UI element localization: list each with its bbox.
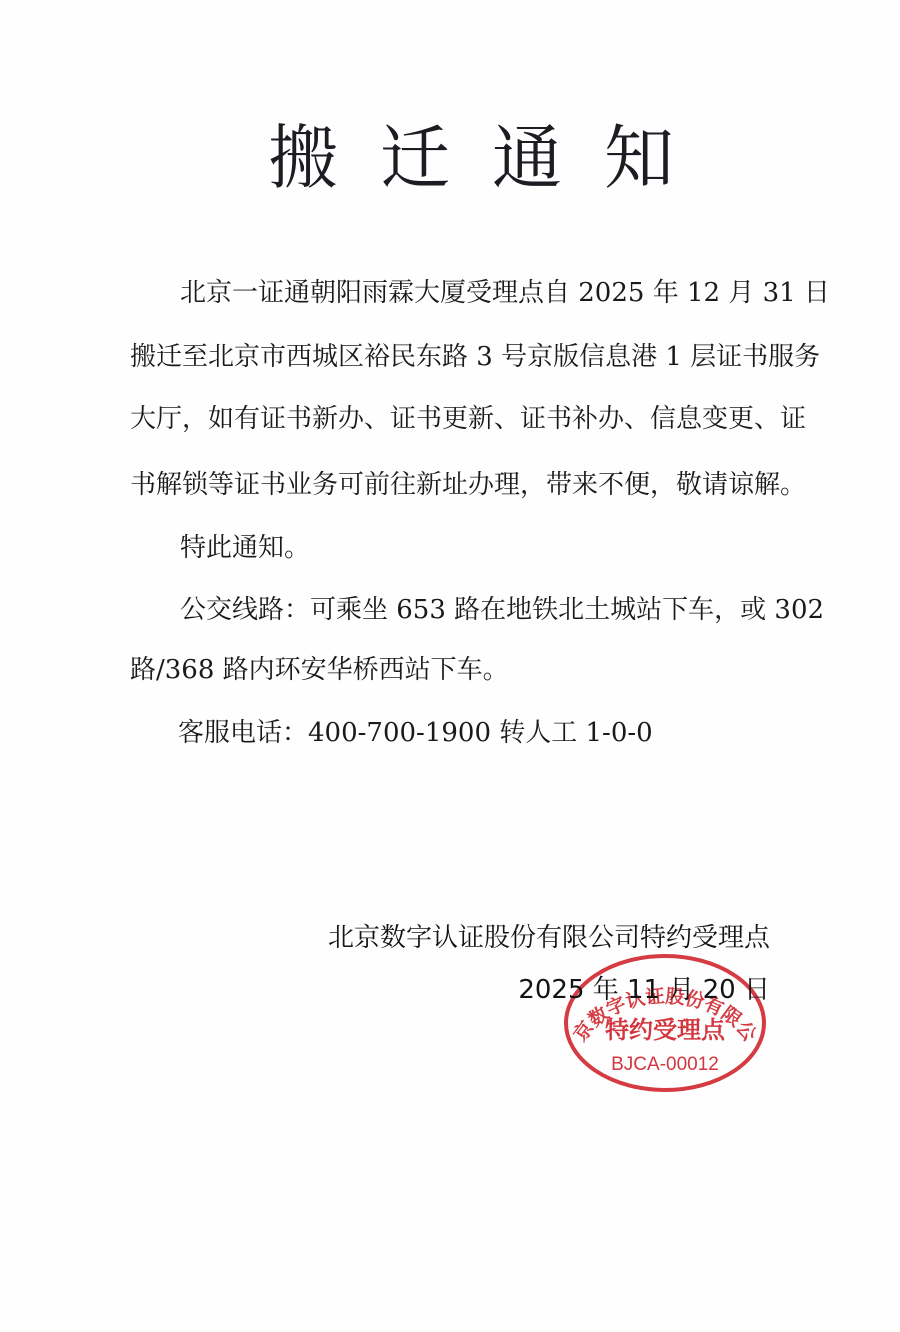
- body-line: 大厅，如有证书新办、证书更新、证书补办、信息变更、证: [130, 401, 806, 437]
- notice-title: 搬迁通知: [0, 118, 900, 198]
- bus-route-line: 公交线路：可乘坐 653 路在地铁北土城站下车，或 302: [180, 592, 824, 628]
- customer-service-phone: 客服电话：400-700-1900 转人工 1-0-0: [178, 715, 653, 751]
- signature-date: 2025 年 11 月 20 日: [518, 972, 770, 1008]
- body-line: 书解锁等证书业务可前往新址办理，带来不便，敬请谅解。: [130, 467, 806, 503]
- bus-route-line: 路/368 路内环安华桥西站下车。: [130, 652, 509, 688]
- document-page: 搬迁通知 北京一证通朝阳雨霖大厦受理点自 2025 年 12 月 31 日 搬迁…: [0, 0, 900, 1332]
- svg-text:BJCA-00012: BJCA-00012: [611, 1054, 719, 1075]
- body-line: 搬迁至北京市西城区裕民东路 3 号京版信息港 1 层证书服务: [130, 339, 820, 375]
- signature-organization: 北京数字认证股份有限公司特约受理点: [328, 920, 770, 956]
- body-line: 北京一证通朝阳雨霖大厦受理点自 2025 年 12 月 31 日: [180, 275, 830, 311]
- closing-text: 特此通知。: [180, 530, 310, 566]
- svg-text:特约受理点: 特约受理点: [605, 1016, 726, 1044]
